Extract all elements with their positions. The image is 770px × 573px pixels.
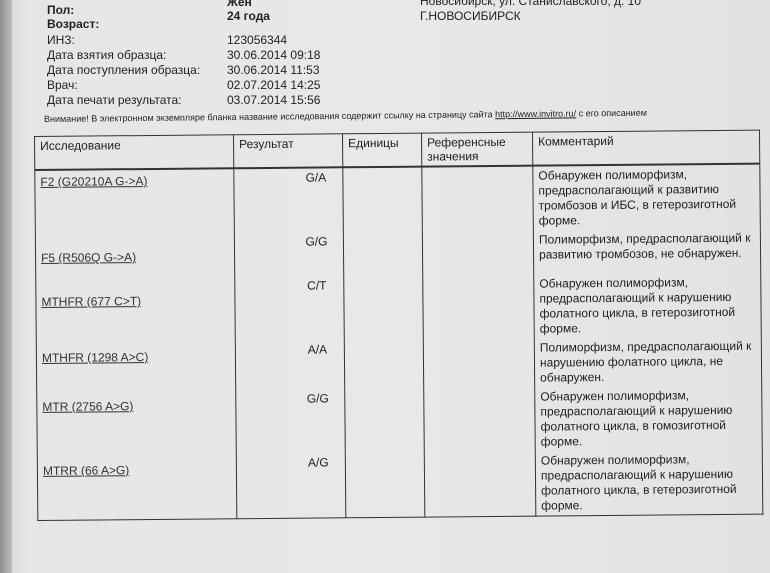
page-edge (0, 0, 12, 573)
comment-cell: Полиморфизм, предрасполагающий к нарушен… (534, 337, 761, 388)
test-link[interactable]: F5 (R506Q G->A) (41, 250, 136, 265)
field-label: Дата поступления образца: (47, 63, 200, 78)
reference-cell (424, 452, 536, 517)
comment-cell: Обнаружен полиморфизм, предрасполагающий… (534, 273, 762, 339)
test-link[interactable]: MTRR (66 A>G) (43, 463, 129, 478)
reference-cell (423, 339, 534, 389)
table-row: F2 (G20210A G->A)G/AОбнаружен полиморфиз… (35, 164, 761, 235)
field-value: 24 года (227, 9, 270, 24)
field-label: Дата печати результата: (47, 93, 182, 108)
result-cell: G/A (234, 167, 344, 233)
units-cell (343, 167, 423, 233)
test-link[interactable]: F2 (G20210A G->A) (40, 174, 147, 189)
test-name-cell: MTRR (66 A>G) (37, 454, 237, 520)
units-cell (344, 340, 423, 390)
test-name-cell: F2 (G20210A G->A) (35, 168, 235, 235)
reference-cell (423, 275, 535, 340)
invitro-link[interactable]: http://www.invitro.ru/ (495, 108, 576, 119)
units-cell (345, 453, 425, 518)
units-cell (343, 232, 422, 277)
result-cell: G/G (236, 389, 346, 454)
comment-cell: Обнаружен полиморфизм, предрасполагающий… (535, 450, 763, 516)
results-table: Исследование Результат Единицы Референсн… (34, 130, 763, 521)
reference-cell (422, 231, 533, 276)
address-line-1: Новосибирск, ул. Станиславского, д. 10 (420, 0, 641, 9)
field-value: 02.07.2014 14:25 (227, 78, 320, 93)
result-cell: G/G (234, 232, 343, 277)
result-cell: A/A (235, 340, 344, 390)
table-row: MTHFR (677 C>T)C/TОбнаружен полиморфизм,… (36, 273, 762, 343)
field-value: 30.06.2014 09:18 (227, 48, 320, 63)
notice-suffix: с его описанием (576, 108, 647, 119)
reference-cell (422, 166, 534, 232)
header-reference: Референсные значения (421, 132, 532, 166)
test-name-cell: MTR (2756 A>G) (37, 390, 237, 456)
field-label: Врач: (47, 78, 78, 93)
header-test: Исследование (35, 135, 234, 170)
header-comment: Комментарий (532, 130, 759, 165)
test-name-cell: MTHFR (677 C>T) (36, 277, 236, 343)
field-value: 03.07.2014 15:56 (227, 93, 320, 108)
table-row: MTHFR (1298 A>C)A/AПолиморфизм, предрасп… (36, 337, 761, 392)
units-cell (344, 276, 424, 341)
table-row: MTR (2756 A>G)G/GОбнаружен полиморфизм, … (37, 386, 763, 456)
header-units: Единицы (342, 133, 421, 167)
comment-cell: Обнаружен полиморфизм, предрасполагающий… (533, 164, 761, 231)
address-line-2: Г.НОВОСИБИРСК (420, 9, 641, 24)
test-name-cell: F5 (R506Q G->A) (35, 233, 234, 279)
comment-cell: Обнаружен полиморфизм, предрасполагающий… (535, 386, 763, 452)
notice-text: Внимание! В электронном экземпляре бланк… (44, 108, 647, 124)
field-value: 30.06.2014 11:53 (227, 63, 320, 78)
comment-cell: Полиморфизм, предрасполагающий к развити… (533, 229, 760, 275)
header-result: Результат (233, 134, 342, 168)
notice-body: Внимание! В электронном экземпляре бланк… (44, 109, 495, 124)
result-cell: C/T (235, 276, 345, 341)
units-cell (345, 389, 425, 454)
field-label: Пол: (47, 3, 74, 18)
table-row: MTRR (66 A>G)A/GОбнаружен полиморфизм, п… (37, 450, 763, 521)
field-label: Возраст: (47, 17, 99, 32)
test-link[interactable]: MTHFR (1298 A>C) (42, 350, 148, 365)
field-value: 123056344 (227, 33, 287, 48)
field-label: Дата взятия образца: (47, 48, 166, 63)
field-label: ИНЗ: (47, 33, 75, 48)
lab-address: Новосибирск, ул. Станиславского, д. 10 Г… (420, 0, 641, 24)
reference-cell (424, 388, 536, 453)
test-name-cell: MTHFR (1298 A>C) (36, 341, 235, 392)
test-link[interactable]: MTHFR (677 C>T) (41, 294, 141, 309)
result-cell: A/G (236, 453, 346, 518)
table-row: F5 (R506Q G->A)G/GПолиморфизм, предраспо… (35, 229, 760, 279)
test-link[interactable]: MTR (2756 A>G) (42, 399, 133, 414)
